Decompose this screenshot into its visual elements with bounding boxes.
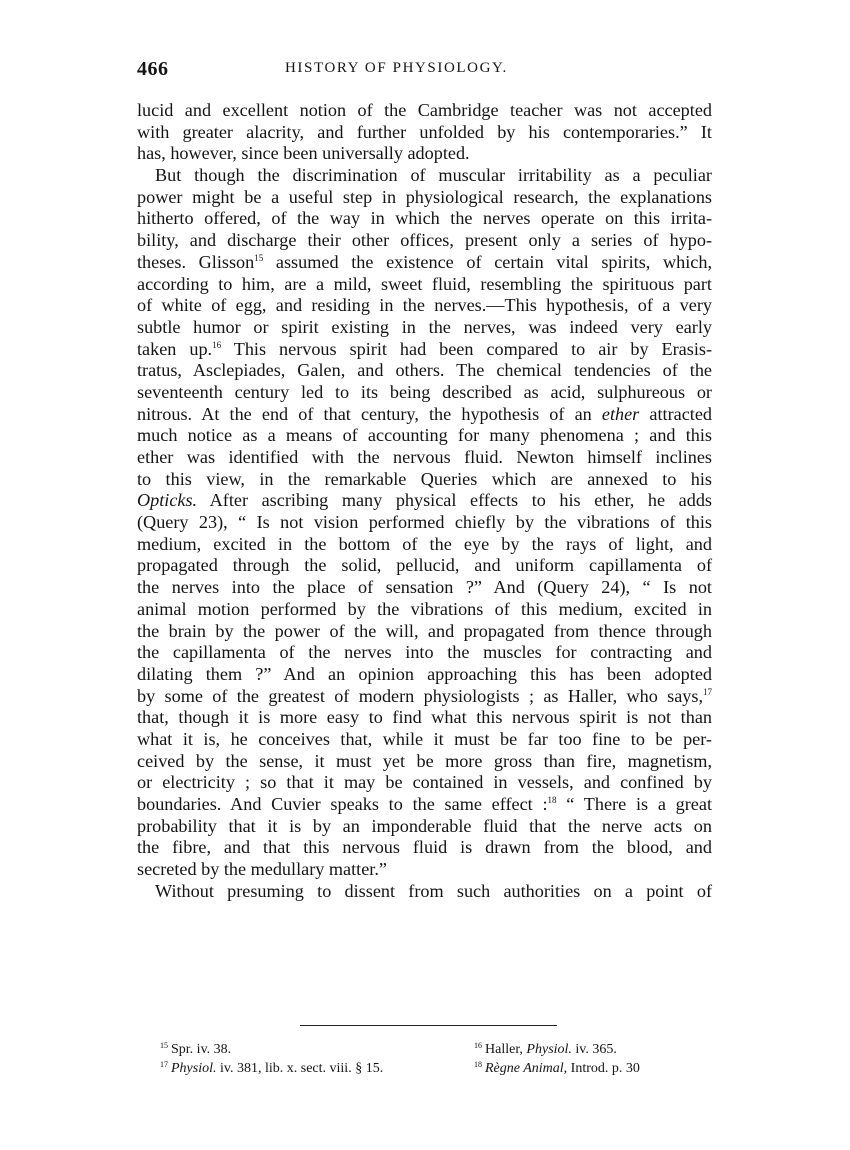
text-line: lucid and excellent notion of the Cambri… — [137, 100, 712, 122]
footnote-reference: 16 — [212, 340, 221, 350]
text-line: nitrous. At the end of that century, the… — [137, 404, 712, 426]
text-line: Opticks. After ascribing many physical e… — [137, 490, 712, 512]
footnote-16: 16Haller, Physiol. iv. 365. — [474, 1040, 640, 1059]
book-page: 466 HISTORY OF PHYSIOLOGY. lucid and exc… — [137, 58, 712, 902]
text-line: or electricity ; so that it may be conta… — [137, 772, 712, 794]
text-line: Without presuming to dissent from such a… — [137, 881, 712, 903]
footnote-15: 15Spr. iv. 38. — [160, 1040, 383, 1059]
footnotes-right-column: 16Haller, Physiol. iv. 365.18Règne Anima… — [474, 1040, 640, 1078]
text-line: that, though it is more easy to find wha… — [137, 707, 712, 729]
text-line: by some of the greatest of modern physio… — [137, 686, 712, 708]
footnote-reference: 17 — [703, 687, 712, 697]
text-line: the fibre, and that this nervous fluid i… — [137, 837, 712, 859]
footnote-18: 18Règne Animal, Introd. p. 30 — [474, 1059, 640, 1078]
text-line: But though the discrimination of muscula… — [137, 165, 712, 187]
text-line: theses. Glisson15 assumed the existence … — [137, 252, 712, 274]
body-text: lucid and excellent notion of the Cambri… — [137, 100, 712, 902]
text-line: ceived by the sense, it must yet be more… — [137, 751, 712, 773]
text-line: (Query 23), “ Is not vision performed ch… — [137, 512, 712, 534]
text-line: taken up.16 This nervous spirit had been… — [137, 339, 712, 361]
running-head: 466 HISTORY OF PHYSIOLOGY. — [137, 58, 712, 88]
text-line: much notice as a means of accounting for… — [137, 425, 712, 447]
footnote-17: 17Physiol. iv. 381, lib. x. sect. viii. … — [160, 1059, 383, 1078]
text-line: medium, excited in the bottom of the eye… — [137, 534, 712, 556]
text-line: hitherto offered, of the way in which th… — [137, 208, 712, 230]
footnote-reference: 15 — [254, 253, 263, 263]
text-line: the brain by the power of the will, and … — [137, 621, 712, 643]
text-line: ether was identified with the nervous fl… — [137, 447, 712, 469]
text-line: power might be a useful step in physiolo… — [137, 187, 712, 209]
text-line: of white of egg, and residing in the ner… — [137, 295, 712, 317]
text-line: with greater alacrity, and further unfol… — [137, 122, 712, 144]
text-line: subtle humor or spirit existing in the n… — [137, 317, 712, 339]
footnote-reference: 18 — [548, 795, 557, 805]
footnotes-left-column: 15Spr. iv. 38.17Physiol. iv. 381, lib. x… — [160, 1040, 383, 1078]
footnote-divider — [300, 1025, 557, 1026]
text-line: secreted by the medullary matter.” — [137, 859, 712, 881]
text-line: the capillamenta of the nerves into the … — [137, 642, 712, 664]
text-line: boundaries. And Cuvier speaks to the sam… — [137, 794, 712, 816]
text-line: the nerves into the place of sensation ?… — [137, 577, 712, 599]
text-line: propagated through the solid, pellucid, … — [137, 555, 712, 577]
text-line: to this view, in the remarkable Queries … — [137, 469, 712, 491]
text-line: has, however, since been universally ado… — [137, 143, 712, 165]
text-line: what it is, he conceives that, while it … — [137, 729, 712, 751]
page-number: 466 — [137, 58, 169, 81]
text-line: according to him, are a mild, sweet flui… — [137, 274, 712, 296]
text-line: bility, and discharge their other office… — [137, 230, 712, 252]
text-line: animal motion performed by the vibration… — [137, 599, 712, 621]
text-line: dilating them ?” And an opinion approach… — [137, 664, 712, 686]
running-title: HISTORY OF PHYSIOLOGY. — [285, 60, 508, 77]
text-line: seventeenth century led to its being des… — [137, 382, 712, 404]
text-line: probability that it is by an imponderabl… — [137, 816, 712, 838]
text-line: tratus, Asclepiades, Galen, and others. … — [137, 360, 712, 382]
